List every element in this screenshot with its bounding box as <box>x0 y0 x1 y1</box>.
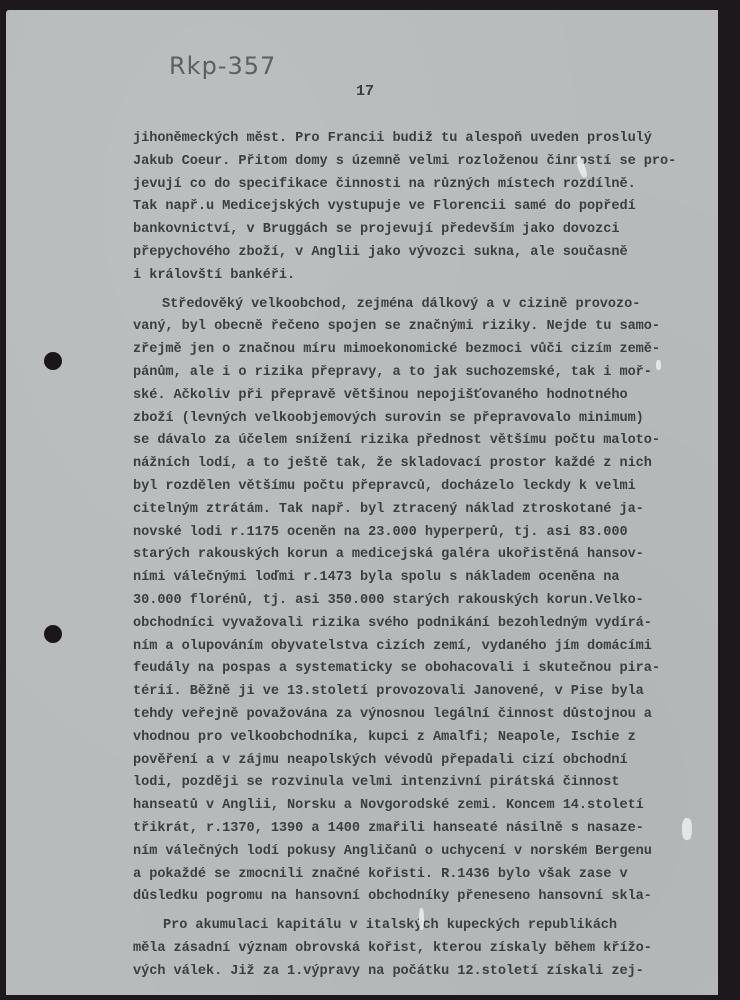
document-page: Rkp-357 17 jihoněmeckých měst. Pro Franc… <box>6 10 718 995</box>
text-line: lodi, později se rozvinula velmi intenzi… <box>133 772 723 795</box>
text-line: citelným ztrátám. Tak např. byl ztracený… <box>133 499 723 522</box>
paragraph-1: jihoněmeckých měst. Pro Francii budiž tu… <box>133 128 723 288</box>
text-line: důsledku pogromu na hansovní obchodníky … <box>133 886 723 909</box>
text-line: vaný, byl obecně řečeno spojen se značný… <box>133 316 723 339</box>
punch-hole <box>44 625 62 643</box>
archive-mark: Rkp-357 <box>169 52 276 80</box>
text-line: pánům, ale i o rizika přepravy, a to jak… <box>133 362 723 385</box>
text-line: nážních lodí, a to ještě tak, že skladov… <box>133 453 723 476</box>
paper-blemish <box>656 360 661 370</box>
text-line: hanseatů v Anglii, Norsku a Novgorodské … <box>133 795 723 818</box>
text-line: 30.000 florénů, tj. asi 350.000 starých … <box>133 590 723 613</box>
page-number: 17 <box>356 83 374 100</box>
text-line: bankovnictví, v Bruggách se projevují př… <box>133 219 723 242</box>
text-line: se dávalo za účelem snížení rizika předn… <box>133 430 723 453</box>
text-line: ním válečných lodí pokusy Angličanů o uc… <box>133 841 723 864</box>
punch-hole <box>44 352 62 370</box>
text-line: a pokaždé se zmocnili značné kořisti. R.… <box>133 864 723 887</box>
text-line: pověření a v zájmu neapolských vévodů př… <box>133 750 723 773</box>
text-line: ními válečnými loďmi r.1473 byla spolu s… <box>133 567 723 590</box>
text-line: obchodníci vyvažovali rizika svého podni… <box>133 613 723 636</box>
text-line: novské lodi r.1175 oceněn na 23.000 hype… <box>133 522 723 545</box>
text-line: Středověký velkoobchod, zejména dálkový … <box>133 294 723 317</box>
text-line: vých válek. Již za 1.výpravy na počátku … <box>133 961 723 984</box>
text-line: tehdy veřejně považována za výnosnou leg… <box>133 704 723 727</box>
text-line: Tak např.u Medicejských vystupuje ve Flo… <box>133 196 723 219</box>
text-line: i královští bankéři. <box>133 265 723 288</box>
text-line: zboží (levných velkoobjemových surovin s… <box>133 408 723 431</box>
paper-blemish <box>419 908 424 930</box>
text-line: vhodnou pro velkoobchodníka, kupci z Ama… <box>133 727 723 750</box>
text-line: zřejmě jen o značnou míru mimoekonomické… <box>133 339 723 362</box>
body-text: jihoněmeckých měst. Pro Francii budiž tu… <box>133 128 723 983</box>
text-line: ním a olupováním obyvatelstva cizích zem… <box>133 636 723 659</box>
text-line: Pro akumulaci kapitálu v italských kupec… <box>133 915 723 938</box>
text-line: térií. Běžně ji ve 13.století provozoval… <box>133 681 723 704</box>
text-line: přepychového zboží, v Anglii jako vývozc… <box>133 242 723 265</box>
text-line: měla zásadní význam obrovská kořist, kte… <box>133 938 723 961</box>
text-line: starých rakouských korun a medicejská ga… <box>133 544 723 567</box>
text-line: jihoněmeckých měst. Pro Francii budiž tu… <box>133 128 723 151</box>
text-line: byl rozdělen většímu počtu přepravců, do… <box>133 476 723 499</box>
text-line: jevují co do specifikace činnosti na růz… <box>133 174 723 197</box>
paragraph-2: Středověký velkoobchod, zejména dálkový … <box>133 294 723 910</box>
paper-blemish <box>682 818 692 840</box>
paragraph-3: Pro akumulaci kapitálu v italských kupec… <box>133 915 723 983</box>
text-line: třikrát, r.1370, 1390 a 1400 zmařili han… <box>133 818 723 841</box>
text-line: feudály na pospas a systematicky se oboh… <box>133 658 723 681</box>
text-line: ské. Ačkoliv při přepravě většinou nepoj… <box>133 385 723 408</box>
text-line: Jakub Coeur. Přitom domy s územně velmi … <box>133 151 723 174</box>
